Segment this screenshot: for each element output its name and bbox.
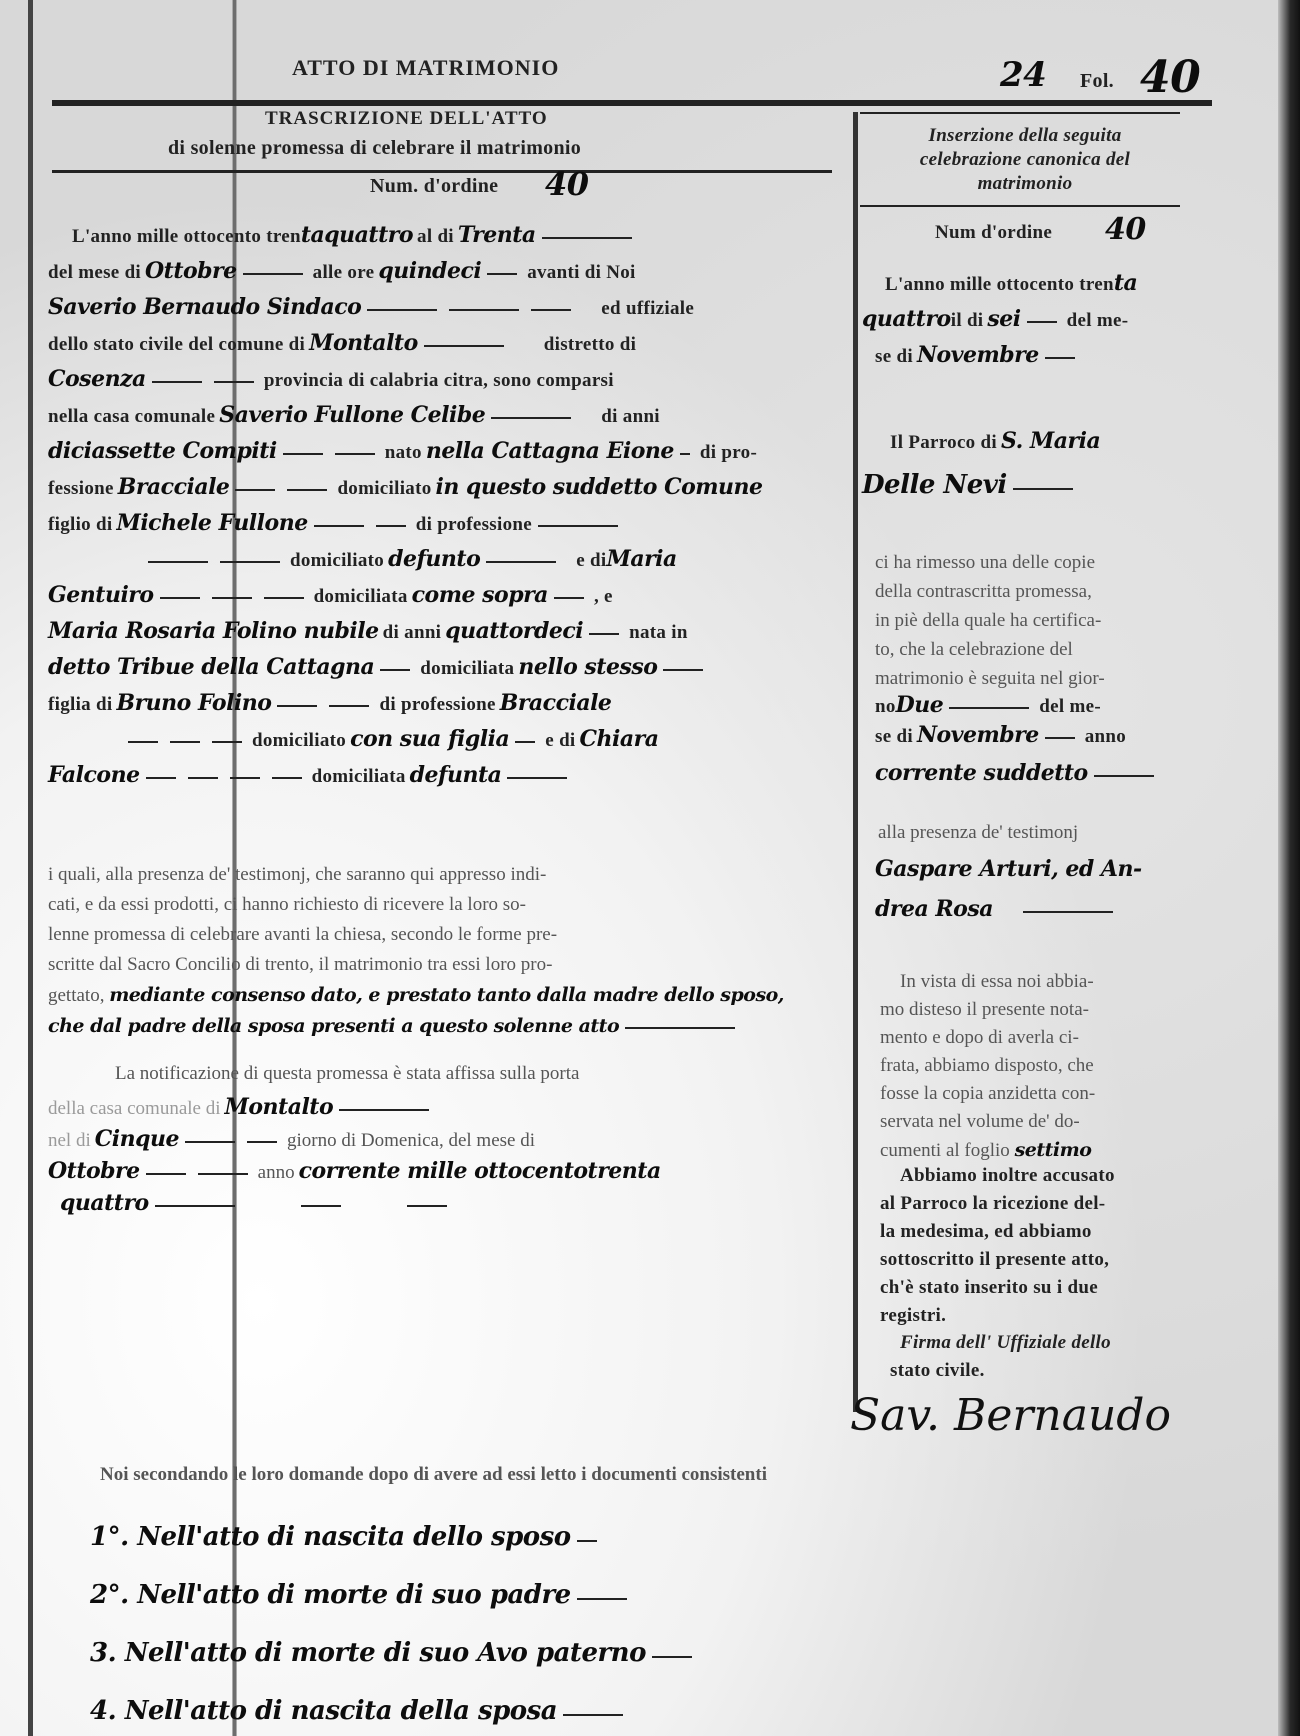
folio-number: 40 [1140, 52, 1200, 103]
firma-label-2: stato civile. [890, 1360, 985, 1382]
form-line-madre-sposo: domiciliato defunto e diMaria [48, 546, 677, 572]
form-line-provincia: Cosenza provincia di calabria citra, son… [48, 366, 614, 392]
footer-intro: Noi secondando le loro domande dopo di a… [100, 1464, 767, 1486]
form-line-official: Saverio Bernaudo Sindaco ed uffiziale [48, 294, 694, 320]
notification-line-2: della casa comunale di Montalto [48, 1094, 435, 1120]
document-item: 2°. Nell'atto di morte di suo padre [90, 1568, 698, 1626]
form-line-sposo: nella casa comunale Saverio Fullone Celi… [48, 402, 660, 428]
notification-line-4: Ottobre anno corrente mille ottocentotre… [48, 1158, 661, 1184]
form-line-sposo-professione: fessione Bracciale domiciliato in questo… [48, 474, 763, 500]
left-heading-2: di solenne promessa di celebrare il matr… [168, 137, 581, 160]
firma-label-1: Firma dell' Uffiziale dello [900, 1332, 1111, 1354]
right-vista-text: In vista di essa noi abbia- mo disteso i… [880, 968, 1095, 1165]
left-heading-1: TRASCRIZIONE DELL'ATTO [265, 108, 548, 130]
right-testimoni-2: drea Rosa [875, 896, 1119, 922]
form-line-sposa-luogo: detto Tribue della Cattagna domiciliata … [48, 654, 709, 680]
form-line-year: L'anno mille ottocento trentaquattro al … [72, 222, 638, 248]
header-rule [52, 100, 1212, 106]
right-month-line: se di Novembre [875, 342, 1081, 368]
form-line-padre-sposo: figlio di Michele Fullone di professione [48, 510, 624, 536]
official-signature: Sav. Bernaudo [850, 1390, 1171, 1441]
right-header-rule [860, 112, 1180, 114]
left-ordine-value: 40 [545, 165, 589, 203]
right-ordine-value: 40 [1105, 212, 1146, 247]
right-body-text: ci ha rimesso una delle copie della cont… [875, 548, 1105, 693]
document-item: 1°. Nell'atto di nascita dello sposo [90, 1510, 698, 1568]
right-mese-line: se di Novembre anno [875, 722, 1126, 748]
form-line-sposa: Maria Rosaria Folino nubile di anni quat… [48, 618, 688, 644]
notification-line-3: nel di Cinque giorno di Domenica, del me… [48, 1126, 535, 1152]
left-heading-rule [52, 170, 832, 173]
left-ordine-label: Num. d'ordine [370, 175, 498, 198]
column-divider [853, 112, 858, 1412]
document-page: ATTO DI MATRIMONIO 24 Fol. 40 TRASCRIZIO… [0, 0, 1300, 1736]
right-testimoni-1: Gaspare Arturi, ed An- [875, 856, 1142, 882]
documents-list: 1°. Nell'atto di nascita dello sposo 2°.… [90, 1510, 698, 1736]
document-item: 3. Nell'atto di morte di suo Avo paterno [90, 1626, 698, 1684]
left-margin-rule [28, 0, 33, 1736]
right-year-line: L'anno mille ottocento trenta [885, 270, 1137, 296]
right-parroco-line-2: Delle Nevi [862, 470, 1079, 500]
page-edge-shadow [1278, 0, 1300, 1736]
form-line-padre-sposa: figlia di Bruno Folino di professione Br… [48, 690, 611, 716]
right-anno-line: corrente suddetto [875, 760, 1160, 786]
form-line-madre-cognome: Gentuiro domiciliata come sopra , e [48, 582, 613, 608]
right-giorno-line: noDue del me- [875, 692, 1101, 718]
right-parroco-line: Il Parroco di S. Maria [890, 428, 1100, 454]
folio-label: Fol. [1080, 70, 1114, 93]
notification-line-1: La notificazione di questa promessa è st… [115, 1063, 579, 1085]
form-line-madre-sposa: Falcone domiciliata defunta [48, 762, 573, 788]
promise-paragraph: i quali, alla presenza de' testimonj, ch… [48, 860, 848, 1042]
right-testimoni-label: alla presenza de' testimonj [878, 822, 1078, 844]
right-day-line: quattroil di sei del me- [862, 306, 1128, 332]
document-item: 4. Nell'atto di nascita della sposa [90, 1684, 698, 1736]
form-line-comune: dello stato civile del comune di Montalt… [48, 330, 636, 356]
right-ordine-label: Num d'ordine [935, 222, 1052, 244]
form-line-month: del mese di Ottobre alle ore quindeci av… [48, 258, 636, 284]
notification-line-5: quattro [60, 1190, 453, 1216]
form-line-padre-sposa-domicilio: domiciliato con sua figlia e di Chiara [48, 726, 658, 752]
right-closing-text: Abbiamo inoltre accusato al Parroco la r… [880, 1162, 1115, 1330]
form-line-sposo-eta: diciassette Compiti nato nella Cattagna … [48, 438, 757, 464]
right-heading: Inserzione della seguita celebrazione ca… [870, 124, 1180, 196]
right-heading-rule [860, 205, 1180, 207]
document-title: ATTO DI MATRIMONIO [292, 55, 559, 81]
folio-mark: 24 [1000, 55, 1046, 95]
